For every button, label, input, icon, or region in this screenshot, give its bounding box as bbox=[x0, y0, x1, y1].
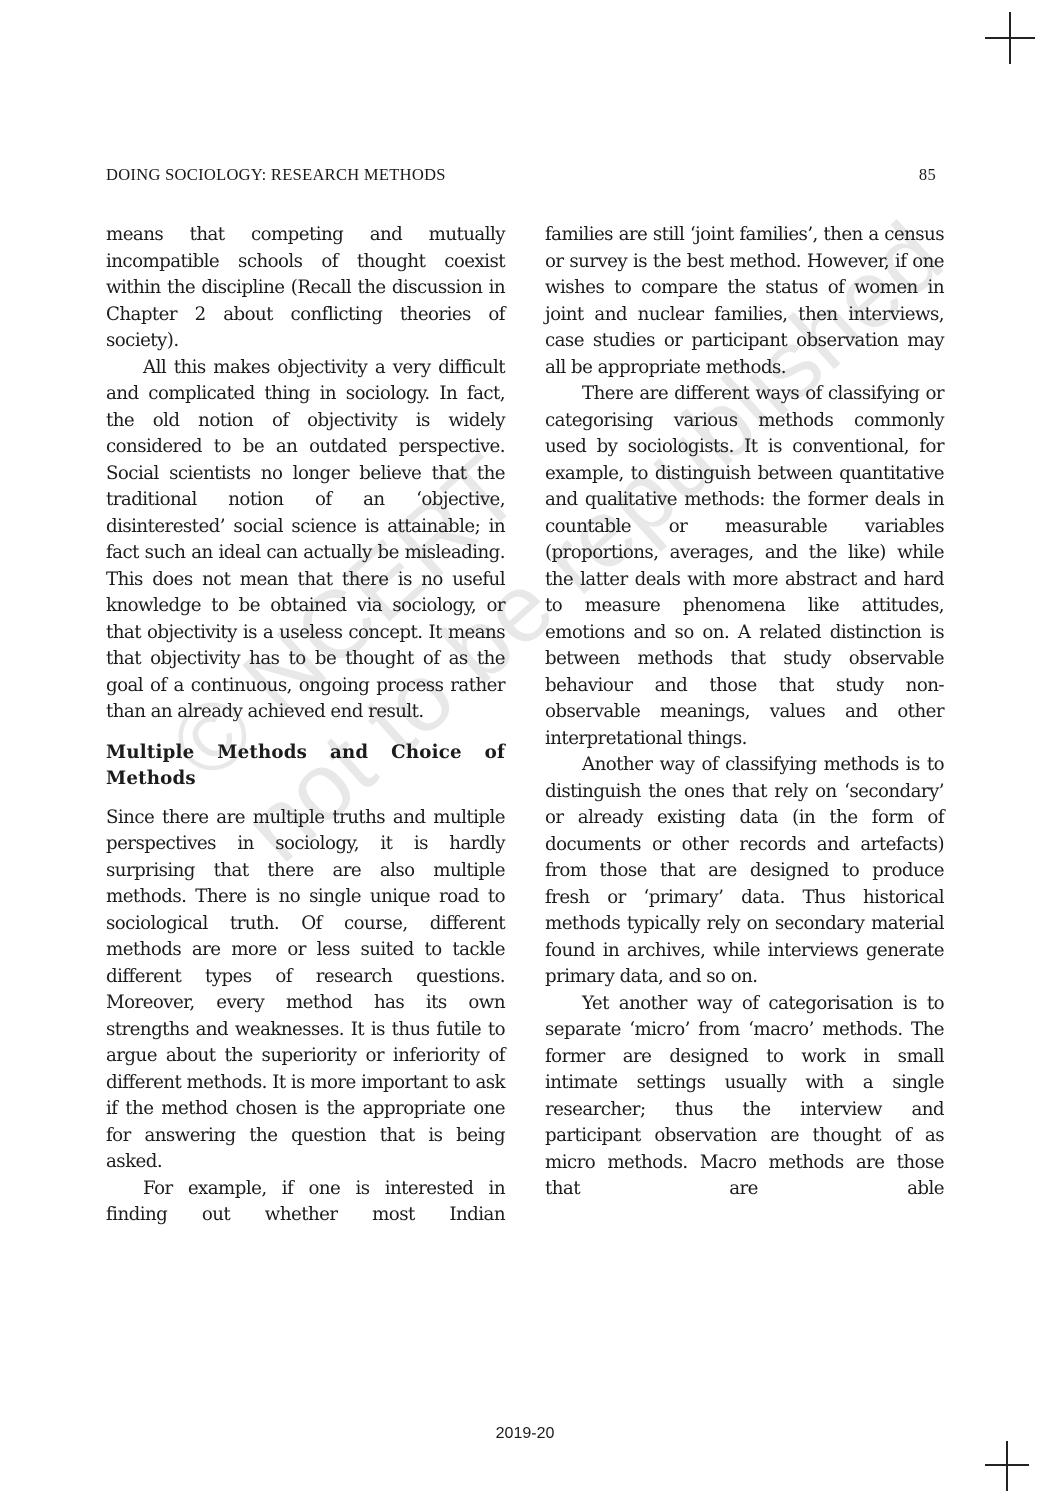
crop-mark-top-right-icon bbox=[985, 12, 1037, 66]
paragraph: Another way of classifying methods is to… bbox=[545, 752, 944, 991]
footer-year: 2019-20 bbox=[0, 1425, 1050, 1443]
section-heading: Multiple Methods and Choice of Methods bbox=[106, 740, 505, 793]
left-column: means that competing and mutually incomp… bbox=[106, 222, 505, 1229]
page-number: 85 bbox=[919, 165, 936, 185]
paragraph: means that competing and mutually incomp… bbox=[106, 222, 505, 355]
paragraph: Since there are multiple truths and mult… bbox=[106, 805, 505, 1176]
paragraph: families are still ‘joint families’, the… bbox=[545, 222, 944, 381]
crop-mark-bottom-right-icon bbox=[985, 1441, 1037, 1495]
paragraph: All this makes objectivity a very diffic… bbox=[106, 355, 505, 726]
paragraph: Yet another way of categorisation is to … bbox=[545, 991, 944, 1203]
right-column: families are still ‘joint families’, the… bbox=[545, 222, 944, 1203]
paragraph: For example, if one is interested in fin… bbox=[106, 1176, 505, 1229]
running-title: DOING SOCIOLOGY: RESEARCH METHODS bbox=[106, 165, 446, 185]
paragraph: There are different ways of classifying … bbox=[545, 381, 944, 752]
